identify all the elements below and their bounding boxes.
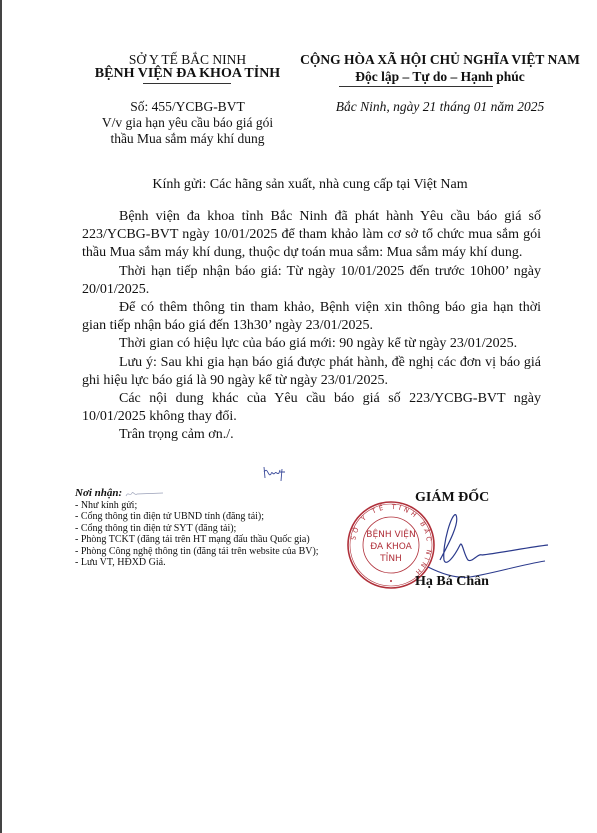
motto-underline [339,86,493,87]
subject-line-2: thầu Mua sắm máy khí dung [75,131,300,147]
small-signature-icon [125,489,165,499]
paragraph: Để có thêm thông tin tham khảo, Bệnh việ… [82,299,541,335]
document-subject: V/v gia hạn yêu cầu báo giá gói thầu Mua… [75,115,300,147]
svg-text:ĐA KHOA: ĐA KHOA [370,542,412,552]
page-left-edge [0,0,2,833]
initials-signature-icon [262,464,288,482]
recipient-item: - Phòng TCKT (đăng tải trên HT mạng đấu … [75,534,365,546]
place-and-date: Bắc Ninh, ngày 21 tháng 01 năm 2025 [290,99,590,115]
paragraph: Lưu ý: Sau khi gia hạn báo giá được phát… [82,354,541,390]
recipient-item: - Cổng thông tin điện tử SYT (đăng tải); [75,523,365,535]
recipient-item: - Lưu VT, HĐXD Giá. [75,557,365,569]
handwritten-signature-icon [420,505,550,585]
svg-text:BỆNH VIỆN: BỆNH VIỆN [366,528,415,540]
national-title: CỘNG HÒA XÃ HỘI CHỦ NGHĨA VIỆT NAM [290,52,590,68]
paragraph: Thời hạn tiếp nhận báo giá: Từ ngày 10/0… [82,263,541,299]
recipient-item: - Phòng Công nghệ thông tin (đăng tải tr… [75,546,365,558]
recipient-item: - Như kính gửi; [75,500,365,512]
recipient-line: Kính gửi: Các hãng sản xuất, nhà cung cấ… [75,177,545,193]
organization-name: BỆNH VIỆN ĐA KHOA TỈNH [75,66,300,82]
subject-line-1: V/v gia hạn yêu cầu báo giá gói [75,115,300,131]
organization-underline [143,83,231,84]
letter-body: Bệnh viện đa khoa tỉnh Bắc Ninh đã phát … [82,208,541,445]
document-number: Số: 455/YCBG-BVT [75,99,300,115]
signer-name: Hạ Bá Chân [415,574,489,590]
paragraph: Thời gian có hiệu lực của báo giá mới: 9… [82,335,541,353]
paragraph: Các nội dung khác của Yêu cầu báo giá số… [82,390,541,426]
national-motto: Độc lập – Tự do – Hạnh phúc [290,69,590,85]
recipients-list: Nơi nhận: - Như kính gửi; - Cổng thông t… [75,488,365,569]
recipient-item: - Cổng thông tin điện tử UBND tỉnh (đăng… [75,511,365,523]
recipients-title: Nơi nhận: [75,487,122,499]
paragraph: Bệnh viện đa khoa tỉnh Bắc Ninh đã phát … [82,208,541,263]
svg-text:TỈNH: TỈNH [379,552,402,564]
closing-line: Trân trọng cảm ơn./. [82,426,541,444]
